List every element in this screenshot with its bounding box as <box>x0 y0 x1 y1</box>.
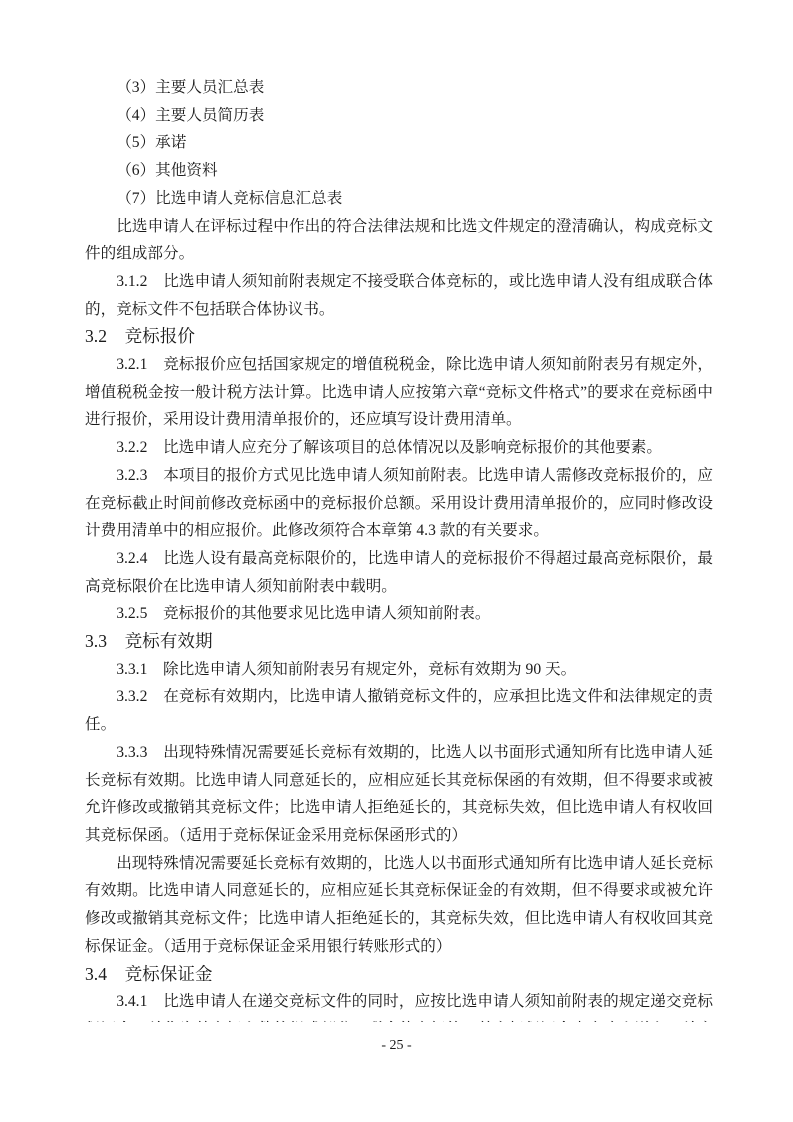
paragraph-3-2-1: 3.2.1 竞标报价应包括国家规定的增值税税金，除比选申请人须知前附表另有规定外… <box>85 351 713 434</box>
section-heading-3-4: 3.4 竞标保证金 <box>85 961 713 989</box>
paragraph-3-2-5: 3.2.5 竞标报价的其他要求见比选申请人须知前附表。 <box>85 600 713 628</box>
paragraph-3-3-2: 3.3.2 在竞标有效期内，比选申请人撤销竞标文件的，应承担比选文件和法律规定的… <box>85 683 713 738</box>
section-heading-3-3: 3.3 竞标有效期 <box>85 628 713 656</box>
list-item-3: （3）主要人员汇总表 <box>85 74 713 102</box>
paragraph-3-4-1: 3.4.1 比选申请人在递交竞标文件的同时，应按比选申请人须知前附表的规定递交竞… <box>85 988 713 1022</box>
list-item-5: （5）承诺 <box>85 129 713 157</box>
paragraph-3-3-1: 3.3.1 除比选申请人须知前附表另有规定外，竞标有效期为 90 天。 <box>85 656 713 684</box>
paragraph-3-2-3: 3.2.3 本项目的报价方式见比选申请人须知前附表。比选申请人需修改竞标报价的，… <box>85 462 713 545</box>
paragraph-3-2-2: 3.2.2 比选申请人应充分了解该项目的总体情况以及影响竞标报价的其他要素。 <box>85 434 713 462</box>
list-item-4: （4）主要人员简历表 <box>85 102 713 130</box>
paragraph-3-2-4: 3.2.4 比选人设有最高竞标限价的，比选申请人的竞标报价不得超过最高竞标限价，… <box>85 545 713 600</box>
paragraph-3-3-3-alt: 出现特殊情况需要延长竞标有效期的，比选人以书面形式通知所有比选申请人延长竞标有效… <box>85 850 713 961</box>
document-body: （3）主要人员汇总表 （4）主要人员简历表 （5）承诺 （6）其他资料 （7）比… <box>85 74 713 1022</box>
section-heading-3-2: 3.2 竞标报价 <box>85 323 713 351</box>
list-item-6: （6）其他资料 <box>85 157 713 185</box>
page-number: - 25 - <box>0 1034 793 1058</box>
paragraph-3-3-3: 3.3.3 出现特殊情况需要延长竞标有效期的，比选人以书面形式通知所有比选申请人… <box>85 739 713 850</box>
paragraph-clarification: 比选申请人在评标过程中作出的符合法律法规和比选文件规定的澄清确认，构成竞标文件的… <box>85 213 713 268</box>
paragraph-3-1-2: 3.1.2 比选申请人须知前附表规定不接受联合体竞标的，或比选申请人没有组成联合… <box>85 268 713 323</box>
list-item-7: （7）比选申请人竞标信息汇总表 <box>85 185 713 213</box>
document-page: （3）主要人员汇总表 （4）主要人员简历表 （5）承诺 （6）其他资料 （7）比… <box>0 0 793 1122</box>
